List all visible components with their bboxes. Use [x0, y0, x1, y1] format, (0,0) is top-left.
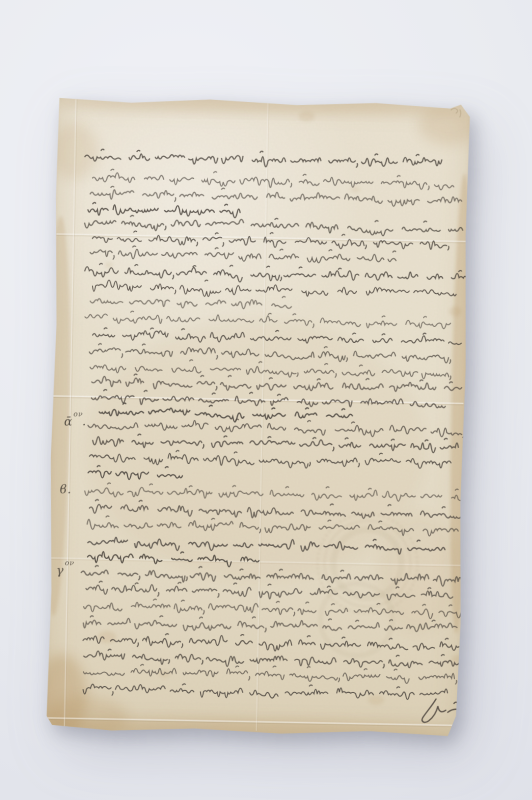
- item-marker-3-letter: γ: [56, 563, 64, 577]
- item-marker-2: ϐ.: [60, 482, 72, 496]
- item-marker-1: ᾱον.: [64, 414, 87, 428]
- item-marker-3-ordinal-sup: ον: [65, 559, 75, 567]
- photo-backdrop: ᾱον. ϐ. γον: [0, 0, 532, 800]
- item-marker-2-punct: .: [67, 482, 72, 496]
- handwriting-ink-layer: [45, 96, 471, 737]
- paper-grain-texture: [45, 96, 471, 737]
- item-marker-3: γον: [56, 563, 73, 577]
- manuscript-page: ᾱον. ϐ. γον: [45, 96, 471, 737]
- item-marker-1-ordinal-sup: ον: [73, 410, 83, 418]
- item-marker-1-letter: ᾱ: [64, 414, 73, 428]
- manuscript-page-wrap: ᾱον. ϐ. γον: [45, 96, 471, 737]
